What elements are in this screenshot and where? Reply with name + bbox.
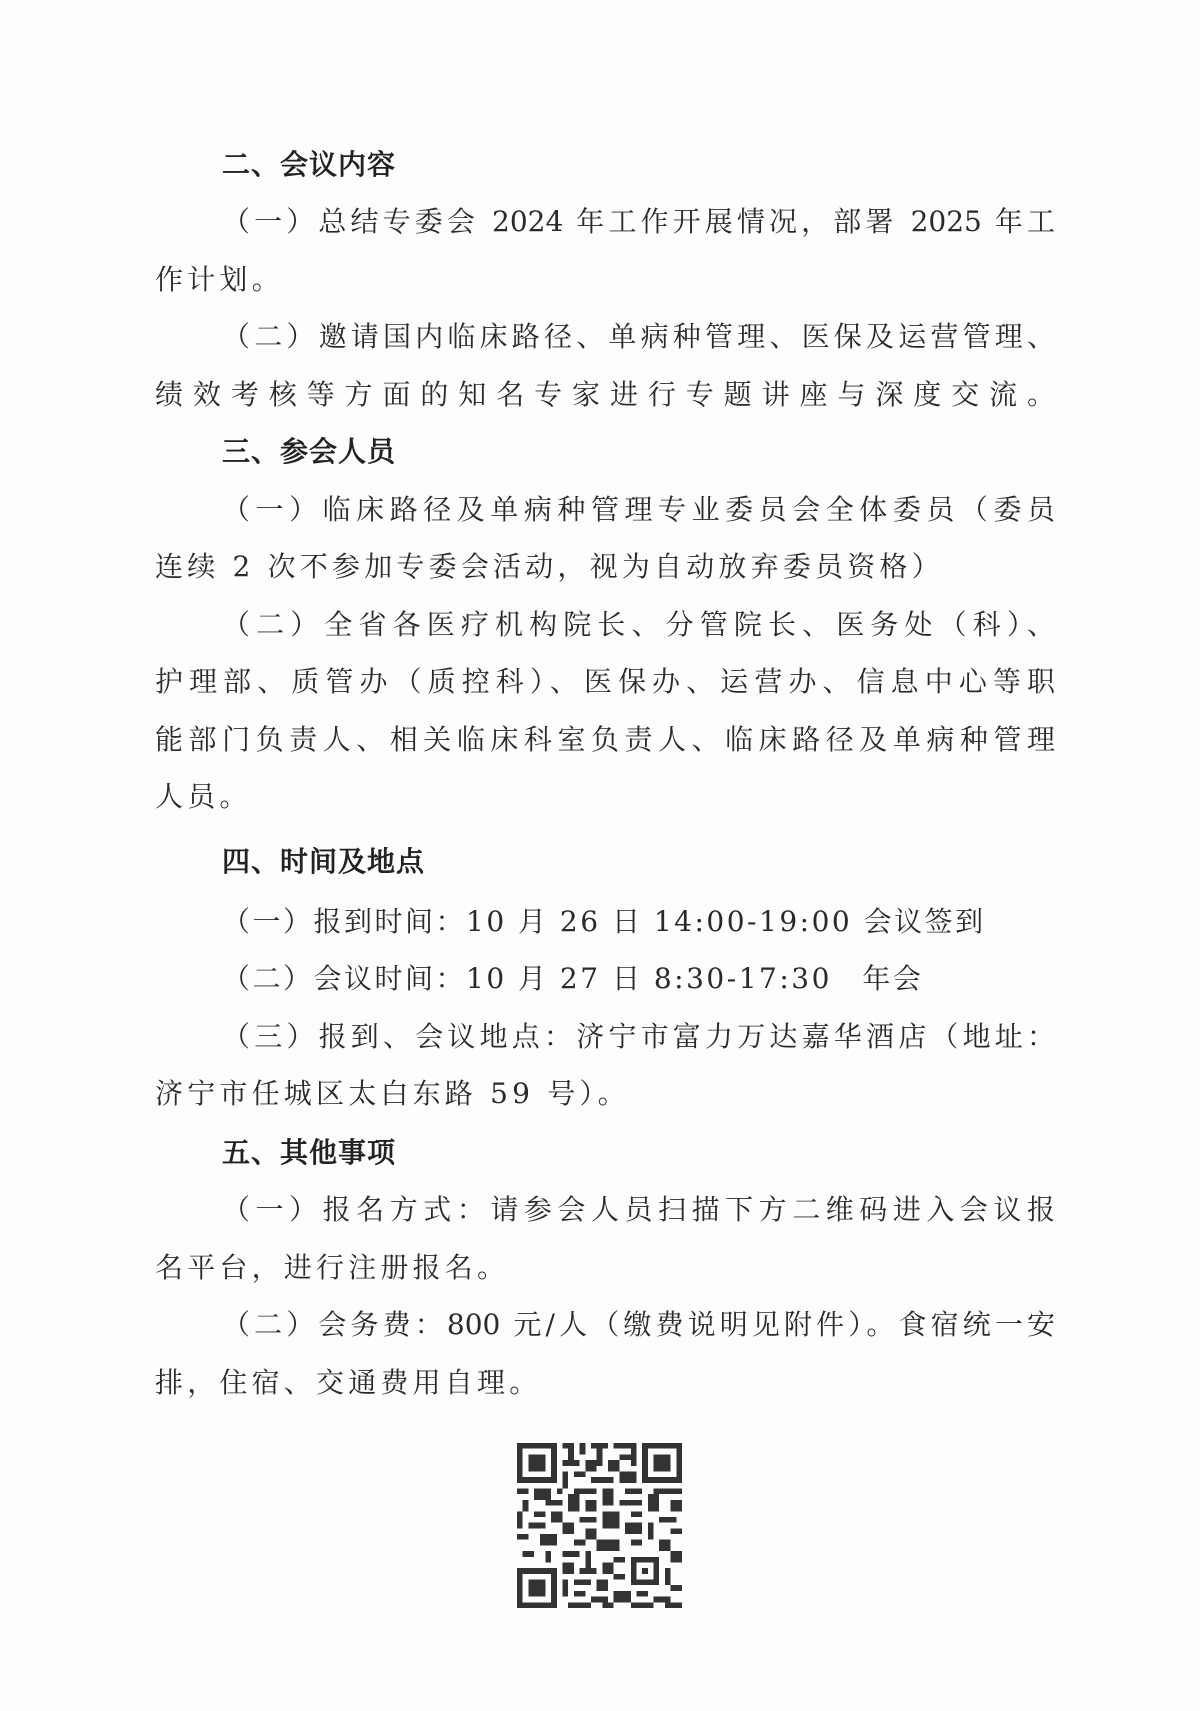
- section-heading-other-matters: 五、其他事项: [222, 1133, 396, 1173]
- qr-code-icon[interactable]: [517, 1443, 682, 1608]
- paragraph-line-meeting-time: （二）会议时间：10 月 27 日 8:30-17:30 年会: [222, 959, 1055, 999]
- section-heading-attendees: 三、参会人员: [222, 432, 396, 472]
- paragraph-line: （一）临床路径及单病种管理专业委员会全体委员（委员: [222, 490, 1055, 530]
- paragraph-line: 能部门负责人、相关临床科室负责人、临床路径及单病种管理: [155, 720, 1055, 760]
- paragraph-line: 护理部、质管办（质控科）、医保办、运营办、信息中心等职: [155, 662, 1055, 702]
- paragraph-line: 绩效考核等方面的知名专家进行专题讲座与深度交流。: [155, 375, 1055, 415]
- paragraph-line: 名平台，进行注册报名。: [155, 1248, 1055, 1288]
- paragraph-line-checkin-time: （一）报到时间：10 月 26 日 14:00-19:00 会议签到: [222, 902, 1055, 942]
- paragraph-line: （二）邀请国内临床路径、单病种管理、医保及运营管理、: [222, 317, 1055, 357]
- paragraph-line: 排，住宿、交通费用自理。: [155, 1363, 1055, 1403]
- document-page: 二、会议内容 （一）总结专委会 2024 年工作开展情况，部署 2025 年工 …: [0, 0, 1200, 1711]
- paragraph-line-registration-method: （一）报名方式：请参会人员扫描下方二维码进入会议报: [222, 1190, 1055, 1230]
- paragraph-line-address: 济宁市任城区太白东路 59 号）。: [155, 1074, 1055, 1114]
- paragraph-line: （二）全省各医疗机构院长、分管院长、医务处（科）、: [222, 605, 1055, 645]
- paragraph-line: （一）总结专委会 2024 年工作开展情况，部署 2025 年工: [222, 202, 1055, 242]
- paragraph-line: 作计划。: [155, 260, 1055, 300]
- paragraph-line: 人员。: [155, 777, 1055, 817]
- paragraph-line-fee: （二）会务费：800 元/人（缴费说明见附件）。食宿统一安: [222, 1305, 1055, 1345]
- section-heading-time-location: 四、时间及地点: [222, 842, 425, 882]
- section-heading-meeting-content: 二、会议内容: [222, 145, 396, 185]
- paragraph-line-venue: （三）报到、会议地点：济宁市富力万达嘉华酒店（地址：: [222, 1017, 1055, 1057]
- paragraph-line: 连续 2 次不参加专委会活动，视为自动放弃委员资格）: [155, 547, 1055, 587]
